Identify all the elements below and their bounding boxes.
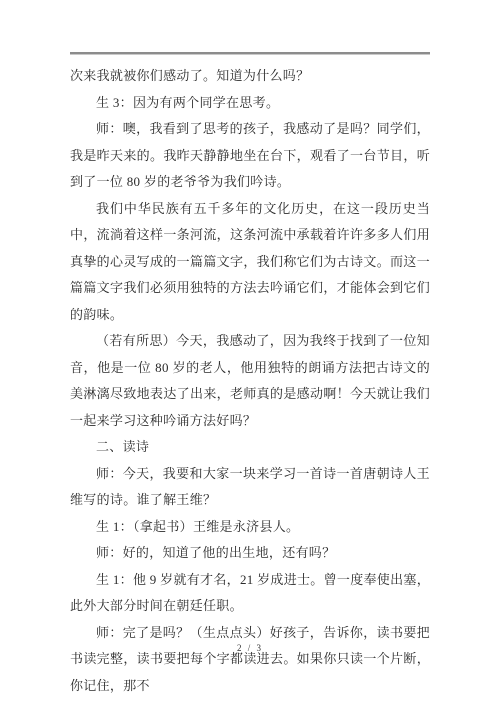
paragraph: 师：今天，我要和大家一块来学习一首诗一首唐朝诗人王维写的诗。谁了解王维？ [70,461,430,514]
document-page: 次来我就被你们感动了。知道为什么吗？生 3：因为有两个同学在思考。师：噢，我看到… [0,0,500,707]
paragraph: 师：完了是吗？（生点点头）好孩子，告诉你，读书要把书读完整，读书要把每个字都读进… [70,620,430,700]
paragraph: 次来我就被你们感动了。知道为什么吗？ [70,63,430,90]
paragraph: 我们中华民族有五千多年的文化历史，在这一段历史当中，流淌着这样一条河流，这条河流… [70,196,430,329]
paragraph: 师：好的，知道了他的出生地，还有吗？ [70,540,430,567]
page-number: 2 / 3 [0,643,500,653]
paragraph: 师：噢，我看到了思考的孩子，我感动了是吗？同学们，我是昨天来的。我昨天静静地坐在… [70,116,430,196]
paragraph: 生 3：因为有两个同学在思考。 [70,90,430,117]
paragraph: 生 1：他 9 岁就有才名，21 岁成进士。曾一度奉使出塞，此外大部分时间在朝廷… [70,567,430,620]
document-body: 次来我就被你们感动了。知道为什么吗？生 3：因为有两个同学在思考。师：噢，我看到… [70,63,430,699]
content-column: 次来我就被你们感动了。知道为什么吗？生 3：因为有两个同学在思考。师：噢，我看到… [70,0,430,699]
paragraph: （若有所思）今天，我感动了，因为我终于找到了一位知音，他是一位 80 岁的老人，… [70,328,430,434]
paragraph: 二、读诗 [70,434,430,461]
header-divider-rule [70,52,430,55]
paragraph: 生 1：（拿起书）王维是永济县人。 [70,514,430,541]
